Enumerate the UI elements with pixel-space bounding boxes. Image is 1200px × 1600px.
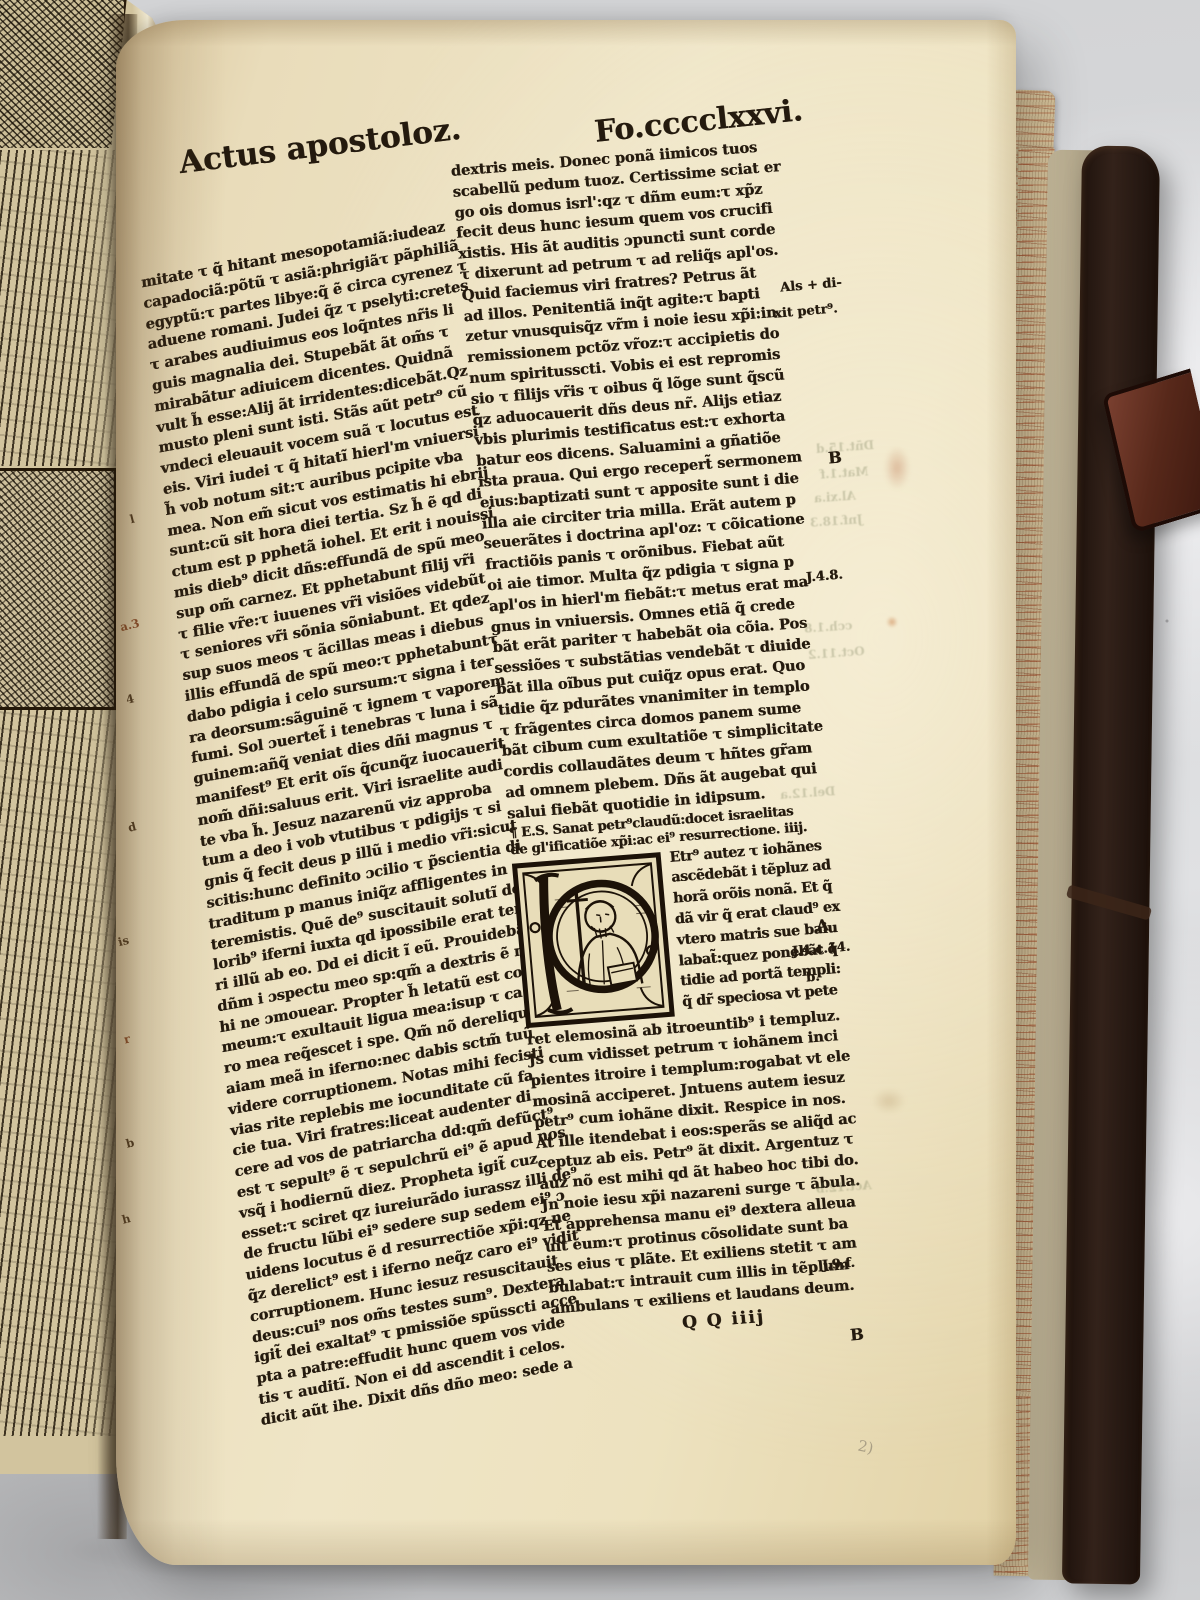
running-title: Actus apostoloz. [177, 111, 463, 181]
show-through-line: Oct.11.2 [808, 644, 866, 662]
verso-woodcut-middle [0, 468, 117, 710]
cross-bar-icon [567, 899, 588, 901]
page-stain [872, 1088, 906, 1114]
red-ink-smudge [884, 446, 910, 490]
margin-note: b. [805, 969, 820, 985]
gutter-mark: b [124, 1135, 135, 1151]
pencil-mark: 2) [856, 1437, 875, 1458]
show-through-line: Dñt.15.d [816, 438, 875, 456]
woodcut-initial [511, 851, 675, 1028]
show-through-line: Al.xi.a [814, 489, 857, 506]
margin-note: Als + di- [779, 275, 842, 295]
rust-spot [886, 616, 898, 628]
book-icon [608, 962, 637, 984]
main-page: Actus apostoloz. Fo.cccclxxvi. mitate τ … [116, 20, 1016, 1565]
folio-number: Fo.cccclxxvi. [593, 93, 805, 150]
right-column-upper: dextris meis. Donec ponã iimicos tuossca… [450, 138, 819, 825]
gutter-mark: a.3 [119, 616, 141, 634]
margin-note: J.9.f. [821, 1256, 855, 1274]
gutter-mark: is [116, 933, 130, 949]
margin-note: J.4.8. [805, 567, 843, 585]
margin-note: xit petr⁹. [773, 301, 838, 321]
margin-note: A [815, 915, 829, 935]
gutter-mark: r [122, 1031, 131, 1046]
show-through-line: Jnf.18.3 [810, 512, 863, 530]
gutter-mark: l [128, 512, 136, 527]
show-through-line: cch.1.8 [804, 618, 853, 635]
show-through-line: Act.12.b [816, 1178, 872, 1196]
gutter-mark: 4 [124, 691, 135, 707]
gutter-mark: d [126, 819, 137, 835]
show-through-line: Del.12.a [780, 784, 836, 802]
show-through-line: Mat.1.f [820, 464, 869, 481]
margin-note: B [849, 1324, 864, 1344]
initial-letter-p-svg [511, 851, 675, 1028]
gutter-mark: h [120, 1211, 132, 1227]
right-column-lower: ret elemosinã ab itroeuntib⁹ i templuz.J… [526, 1006, 862, 1321]
